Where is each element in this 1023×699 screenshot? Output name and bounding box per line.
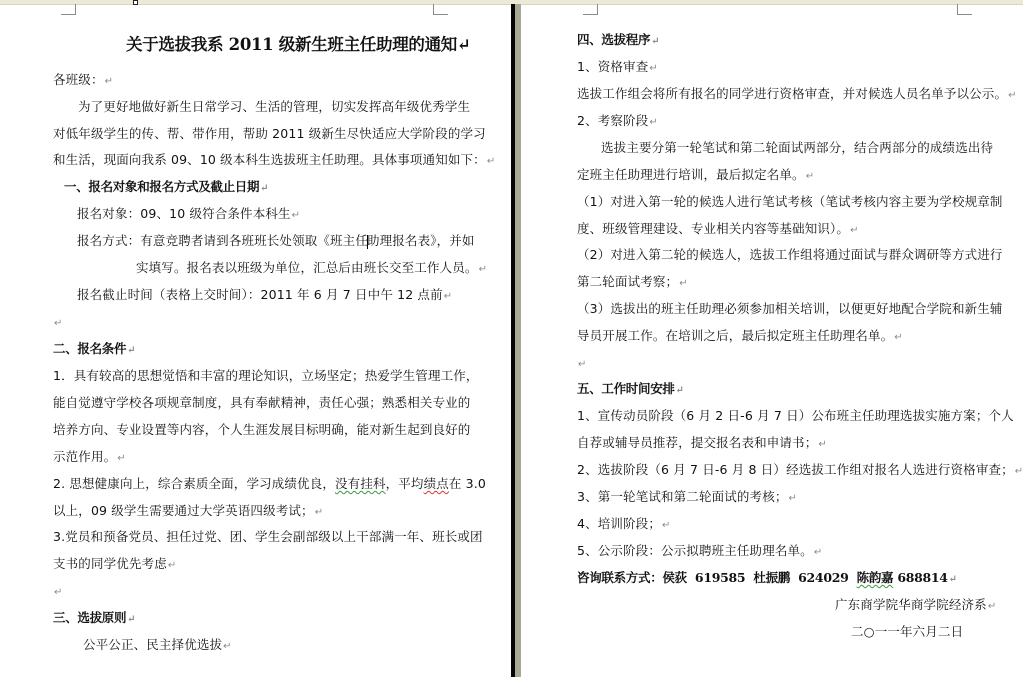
section-heading-1: 一、报名对象和报名方式及截止日期↵: [64, 179, 268, 197]
salutation: 各班级：↵: [53, 72, 113, 90]
schedule-item: 5、公示阶段：公示拟聘班主任助理名单。↵: [577, 543, 822, 561]
contact-phone: 624029: [798, 570, 848, 585]
step-body: 定班主任助理进行培训，最后拟定名单。↵: [577, 167, 814, 185]
contact-line: 咨询联系方式：侯荻 619585 杜振鹏 624029 陈韵嘉 688814↵: [577, 570, 957, 588]
empty-paragraph: ↵: [577, 355, 587, 373]
principle-text: 公平公正、民主择优选拔↵: [83, 637, 232, 655]
condition-line: 3.党员和预备党员、担任过党、团、学生会副部级以上干部满一年、班长或团: [53, 529, 483, 545]
method-row-continued: 实填写。报名表以班级为单位，汇总后由班长交至工作人员。↵: [136, 260, 487, 278]
schedule-item: 4、培训阶段；↵: [577, 516, 671, 534]
schedule-item: 1、宣传动员阶段（6 月 2 日-6 月 7 日）公布班主任助理选拔实施方案；个…: [577, 408, 1014, 424]
contact-phone: 619585: [695, 570, 745, 585]
condition-line: 培养方向、专业设置等内容，个人生涯发展目标明确，能对新生起到良好的: [53, 422, 470, 438]
target-row: 报名对象：09、10 级符合条件本科生↵: [77, 206, 300, 224]
document-page-left[interactable]: 关于选拔我系 2011 级新生班主任助理的通知↵ 各班级：↵ 为了更好地做好新生…: [0, 0, 511, 699]
step-body: 选拔工作组会将所有报名的同学进行资格审查，并对候选人员名单予以公示。↵: [577, 86, 1017, 104]
empty-paragraph: ↵: [53, 583, 63, 601]
step-title: 2、考察阶段↵: [577, 113, 658, 131]
signature-org: 广东商学院华商学院经济系↵: [835, 597, 996, 615]
schedule-item: 3、第一轮笔试和第二轮面试的考核；↵: [577, 489, 797, 507]
intro-line: 对低年级学生的传、帮、带作用，帮助 2011 级新生尽快适应大学阶段的学习: [53, 126, 486, 142]
contact-phone: 688814: [897, 570, 947, 585]
method-row: 报名方式：有意竞聘者请到各班班长处领取《班主任助理报名表》，并如: [77, 233, 475, 249]
empty-paragraph: ↵: [53, 314, 63, 332]
condition-line: 以上，09 级学生需要通过大学英语四级考试；↵: [53, 503, 323, 521]
contact-name: 陈韵嘉: [857, 570, 894, 585]
section-heading-4: 四、选拔程序↵: [577, 32, 659, 50]
contact-name: 杜振鹏: [753, 570, 790, 585]
sub-step: （2）对进入第二轮的候选人，选拔工作组将通过面试与群众调研等方式进行: [577, 247, 1003, 263]
intro-line: 和生活，现面向我系 09、10 级本科生选拔班主任助理。具体事项通知如下：↵: [53, 152, 495, 170]
sub-step: 第二轮面试考察；↵: [577, 274, 688, 292]
deadline-row: 报名截止时间（表格上交时间）：2011 年 6 月 7 日中午 12 点前↵: [77, 287, 452, 305]
schedule-item: 自荐或辅导员推荐，提交报名表和申请书；↵: [577, 435, 827, 453]
sub-step: 导员开展工作。在培训之后，最后拟定班主任助理名单。↵: [577, 328, 903, 346]
sub-step: （3）选拔出的班主任助理必须参加相关培训，以便更好地配合学院和新生辅: [577, 301, 1003, 317]
schedule-item: 2、选拔阶段（6 月 7 日-6 月 8 日）经选拔工作组对报名人选进行资格审查…: [577, 462, 1023, 480]
section-heading-3: 三、选拔原则↵: [53, 610, 135, 628]
condition-line: 示范作用。↵: [53, 449, 126, 467]
condition-line: 能自觉遵守学校各项规章制度，具有奉献精神，责任心强；熟悉相关专业的: [53, 395, 470, 411]
page-divider: [511, 4, 521, 677]
contact-name: 侯荻: [662, 570, 686, 585]
condition-line: 1．具有较高的思想觉悟和丰富的理论知识，立场坚定；热爱学生管理工作，: [53, 368, 479, 384]
signature-date: 二○一一年六月二日: [851, 624, 963, 640]
sub-step: （1）对进入第一轮的候选人进行笔试考核（笔试考核内容主要为学校规章制: [577, 194, 1003, 210]
document-title: 关于选拔我系 2011 级新生班主任助理的通知↵: [126, 31, 471, 55]
sub-step: 度、班级管理建设、专业相关内容等基础知识）。↵: [577, 221, 859, 239]
section-heading-5: 五、工作时间安排↵: [577, 381, 684, 399]
step-body: 选拔主要分第一轮笔试和第二轮面试两部分，结合两部分的成绩选出待: [601, 140, 993, 156]
condition-line: 2. 思想健康向上，综合素质全面，学习成绩优良，没有挂科，平均绩点在 3.0: [53, 476, 486, 492]
section-heading-2: 二、报名条件↵: [53, 341, 135, 359]
document-page-right[interactable]: 四、选拔程序↵ 1、资格审查↵ 选拔工作组会将所有报名的同学进行资格审查，并对候…: [521, 0, 1023, 699]
intro-line: 为了更好地做好新生日常学习、生活的管理，切实发挥高年级优秀学生: [78, 99, 470, 115]
condition-line: 支书的同学优先考虑↵: [53, 556, 176, 574]
step-title: 1、资格审查↵: [577, 59, 658, 77]
